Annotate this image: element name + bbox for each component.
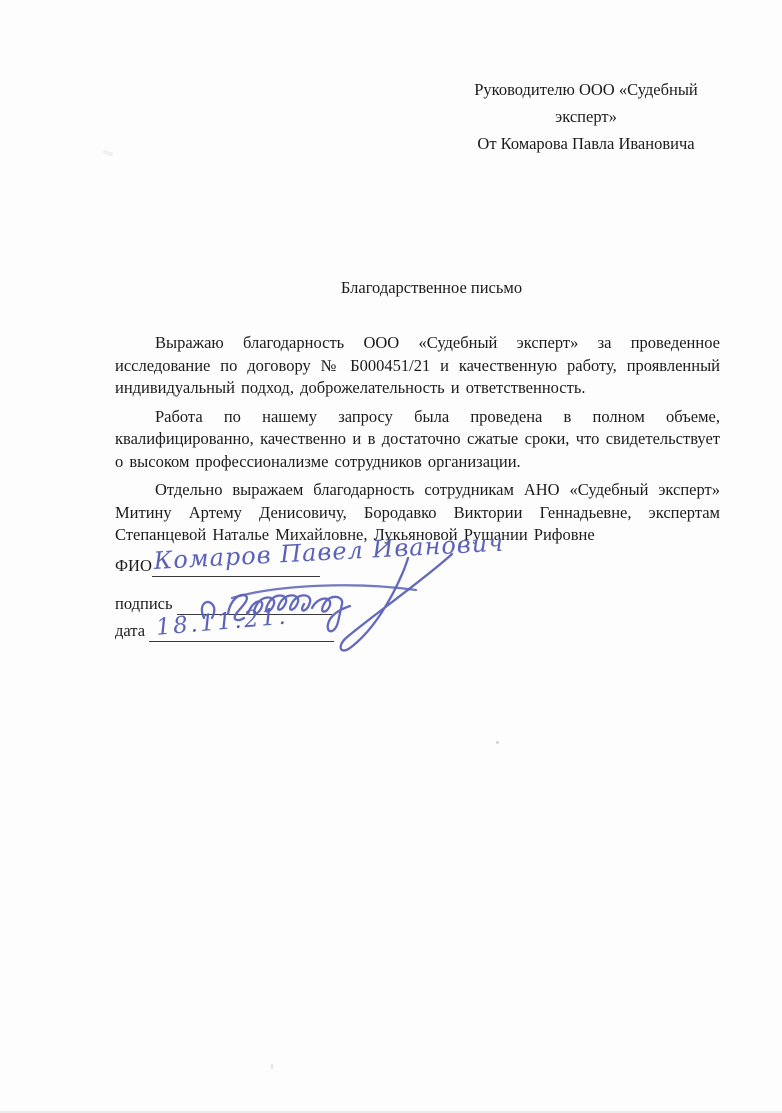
paragraph-gratitude: Выражаю благодарность ООО «Судебный эксп… <box>115 332 720 400</box>
date-blank-line <box>149 622 334 642</box>
sender-line: От Комарова Павла Ивановича <box>450 130 722 157</box>
signature-label: подпись <box>115 594 173 615</box>
fio-blank-line <box>152 557 320 577</box>
date-label: дата <box>115 621 145 642</box>
letter-body: Выражаю благодарность ООО «Судебный эксп… <box>115 332 720 553</box>
document-title: Благодарственное письмо <box>115 278 720 298</box>
recipient-line: Руководителю ООО «Судебный эксперт» <box>450 76 722 130</box>
scan-speck <box>496 741 499 744</box>
document-page: Руководителю ООО «Судебный эксперт» От К… <box>0 0 782 1113</box>
fio-label: ФИО <box>115 556 152 577</box>
paragraph-staff-thanks: Отдельно выражаем благодарность сотрудни… <box>115 479 720 547</box>
date-row: дата <box>115 621 334 642</box>
scan-smudge <box>103 149 114 156</box>
scan-speck <box>271 1064 273 1069</box>
recipient-block: Руководителю ООО «Судебный эксперт» От К… <box>450 76 722 157</box>
signature-row: подпись <box>115 594 332 615</box>
signature-blank-line <box>177 595 332 615</box>
paragraph-work-quality: Работа по нашему запросу была проведена … <box>115 406 720 474</box>
fio-row: ФИО <box>115 556 320 577</box>
